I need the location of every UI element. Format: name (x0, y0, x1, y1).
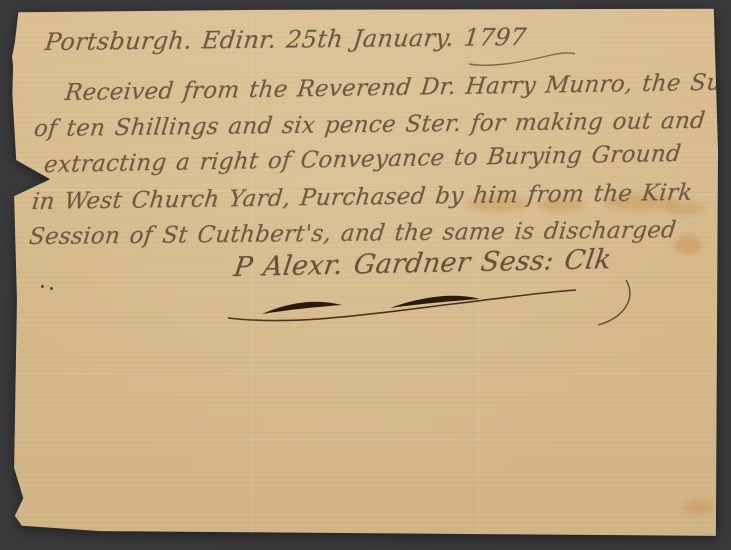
manuscript-line-3: extracting a right of Conveyance to Bury… (43, 141, 683, 178)
ink-dot (50, 287, 53, 290)
signature-line: P Alexr. Gardner Sess: Clk (232, 244, 613, 283)
stain-blot (684, 500, 714, 514)
fold-line-horizontal-middle (12, 372, 718, 374)
scan-background: Portsburgh. Edinr. 25th January. 1797 Re… (0, 0, 731, 550)
receipt-paper-wrapper: Portsburgh. Edinr. 25th January. 1797 Re… (12, 8, 718, 538)
manuscript-line-2: of ten Shillings and six pence Ster. for… (33, 108, 707, 142)
fold-line-horizontal-lower (12, 437, 718, 439)
receipt-paper: Portsburgh. Edinr. 25th January. 1797 Re… (12, 8, 718, 538)
manuscript-line-4: in West Church Yard, Purchased by him fr… (31, 180, 694, 215)
dateline: Portsburgh. Edinr. 25th January. 1797 (43, 23, 527, 56)
ink-dot (41, 285, 44, 288)
signature-flourish (222, 280, 642, 326)
manuscript-line-1: Received from the Reverend Dr. Harry Mun… (64, 69, 731, 106)
stain-blot (674, 236, 702, 254)
